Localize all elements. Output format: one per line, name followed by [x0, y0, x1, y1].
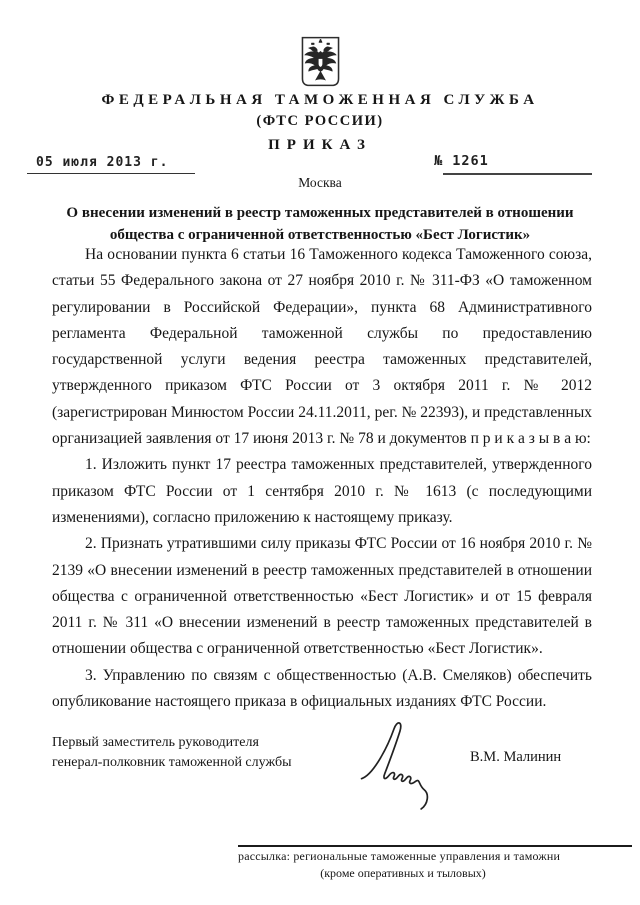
- agency-name: ФЕДЕРАЛЬНАЯ ТАМОЖЕННАЯ СЛУЖБА: [0, 92, 640, 109]
- item-2-paragraph: 2. Признать утратившими силу приказы ФТС…: [52, 531, 592, 662]
- signer-position: Первый заместитель руководителя генерал-…: [52, 733, 352, 772]
- preamble-paragraph: На основании пункта 6 статьи 16 Таможенн…: [52, 242, 592, 452]
- footer-rule: [238, 845, 632, 847]
- russian-coat-of-arms-icon: [301, 36, 340, 87]
- issuing-city: Москва: [0, 175, 640, 191]
- distribution-note-line2: (кроме оперативных и тыловых): [238, 866, 568, 881]
- signer-position-line2: генерал-полковник таможенной службы: [52, 753, 352, 773]
- order-body: На основании пункта 6 статьи 16 Таможенн…: [52, 242, 592, 715]
- item-1-paragraph: 1. Изложить пункт 17 реестра таможенных …: [52, 452, 592, 531]
- distribution-note-line1: рассылка: региональные таможенные управл…: [238, 849, 634, 864]
- order-number: № 1261: [434, 153, 489, 169]
- handwritten-signature-icon: [352, 718, 456, 814]
- order-title: О внесении изменений в реестр таможенных…: [50, 203, 590, 246]
- signer-name: В.М. Малинин: [470, 749, 561, 766]
- order-date: 05 июля 2013 г.: [36, 155, 168, 170]
- document-type-heading: ПРИКАЗ: [0, 137, 640, 154]
- date-underline: [27, 173, 195, 174]
- item-3-paragraph: 3. Управлению по связям с общественность…: [52, 663, 592, 716]
- scanned-order-page: ФЕДЕРАЛЬНАЯ ТАМОЖЕННАЯ СЛУЖБА (ФТС РОССИ…: [0, 0, 640, 905]
- agency-abbreviation: (ФТС РОССИИ): [0, 113, 640, 130]
- signer-position-line1: Первый заместитель руководителя: [52, 733, 352, 753]
